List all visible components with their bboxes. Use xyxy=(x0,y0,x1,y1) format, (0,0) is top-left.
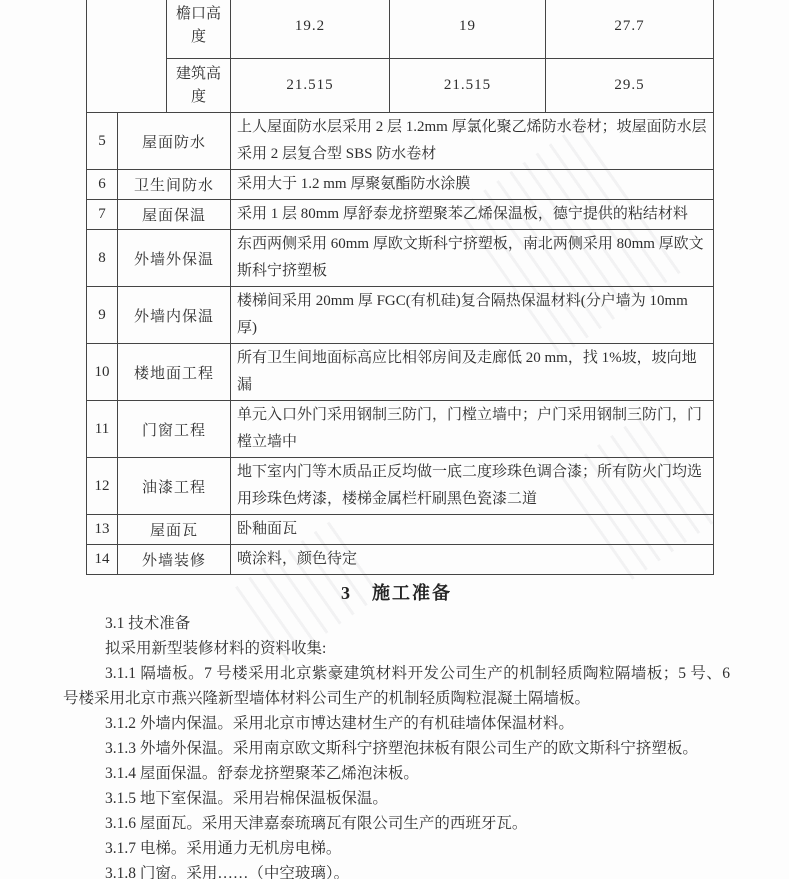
value-cell: 19 xyxy=(390,0,546,59)
sub-label-cell: 建筑高度 xyxy=(167,59,231,113)
row-number: 6 xyxy=(87,170,118,200)
table-row: 10 楼地面工程 所有卫生间地面标高应比相邻房间及走廊低 20 mm，找 1%坡… xyxy=(87,344,714,401)
row-number: 7 xyxy=(87,200,118,230)
spec-table: 檐口高度 19.2 19 27.7 建筑高度 21.515 21.515 29.… xyxy=(86,0,714,575)
description-cell: 所有卫生间地面标高应比相邻房间及走廊低 20 mm，找 1%坡，坡向地漏 xyxy=(231,344,714,401)
value-cell: 27.7 xyxy=(546,0,714,59)
body-text: 3.1 技术准备 拟采用新型装修材料的资料收集: 3.1.1 隔墙板。7 号楼采… xyxy=(63,611,730,879)
description-cell: 卧釉面瓦 xyxy=(231,515,714,545)
category-cell: 楼地面工程 xyxy=(118,344,231,401)
category-cell: 屋面瓦 xyxy=(118,515,231,545)
list-item: 3.1.2 外墙内保温。采用北京市博达建材生产的有机硅墙体保温材料。 xyxy=(63,711,730,736)
row-number: 11 xyxy=(87,401,118,458)
clipped-bottom-line: 3.1.8 门窗。采用……（中空玻璃）。 xyxy=(63,861,730,879)
row-number: 9 xyxy=(87,287,118,344)
value-cell: 21.515 xyxy=(231,59,390,113)
spec-table-wrapper: 檐口高度 19.2 19 27.7 建筑高度 21.515 21.515 29.… xyxy=(86,0,713,575)
row-number: 5 xyxy=(87,113,118,170)
description-cell: 东西两侧采用 60mm 厚欧文斯科宁挤塑板，南北两侧采用 80mm 厚欧文斯科宁… xyxy=(231,230,714,287)
table-row: 9 外墙内保温 楼梯间采用 20mm 厚 FGC(有机硅)复合隔热保温材料(分户… xyxy=(87,287,714,344)
category-cell: 屋面保温 xyxy=(118,200,231,230)
table-row: 6 卫生间防水 采用大于 1.2 mm 厚聚氨酯防水涂膜 xyxy=(87,170,714,200)
table-row: 11 门窗工程 单元入口外门采用钢制三防门，门樘立墙中；户门采用钢制三防门，门樘… xyxy=(87,401,714,458)
table-row: 13 屋面瓦 卧釉面瓦 xyxy=(87,515,714,545)
list-item: 3.1.7 电梯。采用通力无机房电梯。 xyxy=(63,836,730,861)
description-cell: 地下室内门等木质品正反均做一底二度珍珠色调合漆；所有防火门均选用珍珠色烤漆，楼梯… xyxy=(231,458,714,515)
value-cell: 19.2 xyxy=(231,0,390,59)
sub-label-cell: 檐口高度 xyxy=(167,0,231,59)
table-row: 檐口高度 19.2 19 27.7 xyxy=(87,0,714,59)
description-cell: 楼梯间采用 20mm 厚 FGC(有机硅)复合隔热保温材料(分户墙为 10mm … xyxy=(231,287,714,344)
row-number: 10 xyxy=(87,344,118,401)
row-number: 12 xyxy=(87,458,118,515)
list-item: 3.1.4 屋面保温。舒泰龙挤塑聚苯乙烯泡沫板。 xyxy=(63,761,730,786)
category-cell: 油漆工程 xyxy=(118,458,231,515)
list-item: 3.1.3 外墙外保温。采用南京欧文斯科宁挤塑泡抹板有限公司生产的欧文斯科宁挤塑… xyxy=(63,736,730,761)
category-cell: 屋面防水 xyxy=(118,113,231,170)
table-row: 8 外墙外保温 东西两侧采用 60mm 厚欧文斯科宁挤塑板，南北两侧采用 80m… xyxy=(87,230,714,287)
description-cell: 单元入口外门采用钢制三防门，门樘立墙中；户门采用钢制三防门，门樘立墙中 xyxy=(231,401,714,458)
description-cell: 采用大于 1.2 mm 厚聚氨酯防水涂膜 xyxy=(231,170,714,200)
value-cell: 21.515 xyxy=(390,59,546,113)
cut-off-cell xyxy=(87,0,167,113)
category-cell: 门窗工程 xyxy=(118,401,231,458)
category-cell: 外墙内保温 xyxy=(118,287,231,344)
category-cell: 外墙外保温 xyxy=(118,230,231,287)
sub-heading: 3.1 技术准备 xyxy=(63,611,730,636)
list-item: 3.1.1 隔墙板。7 号楼采用北京紫豪建筑材料开发公司生产的机制轻质陶粒隔墙板… xyxy=(63,661,730,711)
list-item: 3.1.5 地下室保温。采用岩棉保温板保温。 xyxy=(63,786,730,811)
value-cell: 29.5 xyxy=(546,59,714,113)
category-cell: 卫生间防水 xyxy=(118,170,231,200)
row-number: 13 xyxy=(87,515,118,545)
table-row: 7 屋面保温 采用 1 层 80mm 厚舒泰龙挤塑聚苯乙烯保温板，德宁提供的粘结… xyxy=(87,200,714,230)
section-content: 3 施工准备 3.1 技术准备 拟采用新型装修材料的资料收集: 3.1.1 隔墙… xyxy=(0,550,789,879)
section-heading: 3 施工准备 xyxy=(63,579,730,605)
table-row: 5 屋面防水 上人屋面防水层采用 2 层 1.2mm 厚氯化聚乙烯防水卷材；坡屋… xyxy=(87,113,714,170)
intro-line: 拟采用新型装修材料的资料收集: xyxy=(63,636,730,661)
description-cell: 采用 1 层 80mm 厚舒泰龙挤塑聚苯乙烯保温板，德宁提供的粘结材料 xyxy=(231,200,714,230)
row-number: 8 xyxy=(87,230,118,287)
list-item: 3.1.6 屋面瓦。采用天津嘉泰琉璃瓦有限公司生产的西班牙瓦。 xyxy=(63,811,730,836)
document-page: 檐口高度 19.2 19 27.7 建筑高度 21.515 21.515 29.… xyxy=(0,0,789,879)
table-row: 建筑高度 21.515 21.515 29.5 xyxy=(87,59,714,113)
table-row: 12 油漆工程 地下室内门等木质品正反均做一底二度珍珠色调合漆；所有防火门均选用… xyxy=(87,458,714,515)
description-cell: 上人屋面防水层采用 2 层 1.2mm 厚氯化聚乙烯防水卷材；坡屋面防水层采用 … xyxy=(231,113,714,170)
